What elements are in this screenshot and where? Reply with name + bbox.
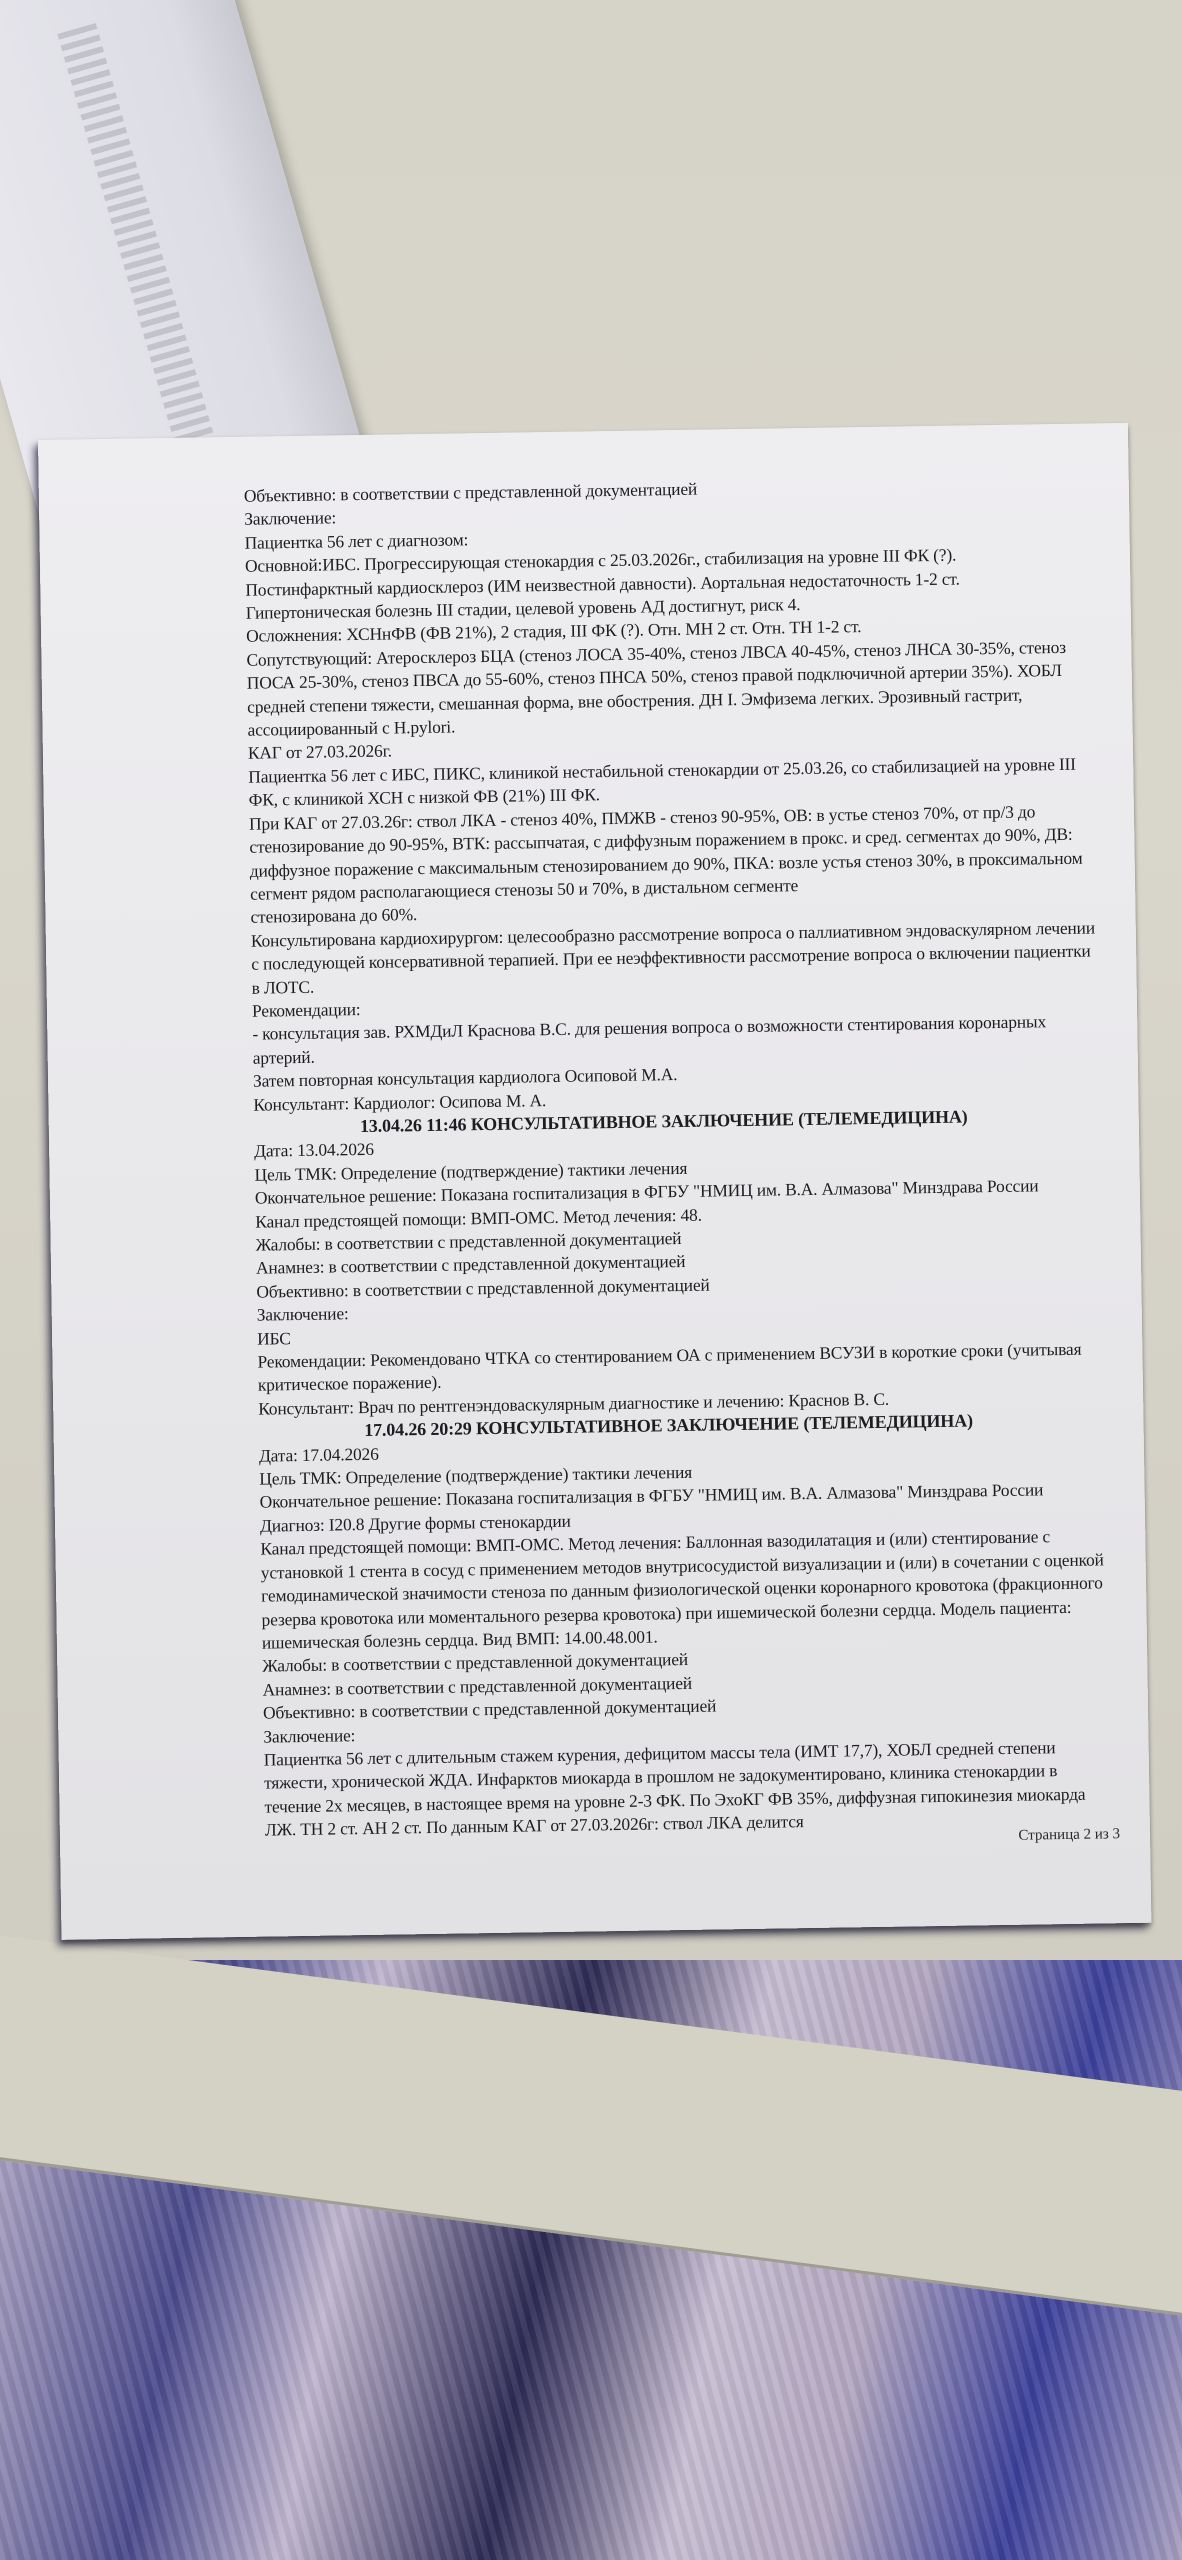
text-line: Пациентка 56 лет с длительным стажем кур…	[264, 1735, 1115, 1842]
document-page: Объективно: в соответствии с представлен…	[38, 423, 1151, 1940]
text-line: Канал предстоящей помощи: ВМП-ОМС. Метод…	[260, 1525, 1112, 1655]
page-number: Страница 2 из 3	[1018, 1826, 1120, 1845]
text-line: Консультирована кардиохирургом: целесооб…	[251, 916, 1102, 1000]
document-body: Объективно: в соответствии с представлен…	[244, 471, 1115, 1842]
text-line: При КАГ от 27.03.26г: ствол ЛКА - стеноз…	[249, 799, 1100, 906]
text-line: Сопутствующий: Атеросклероз БЦА (стеноз …	[246, 635, 1097, 742]
